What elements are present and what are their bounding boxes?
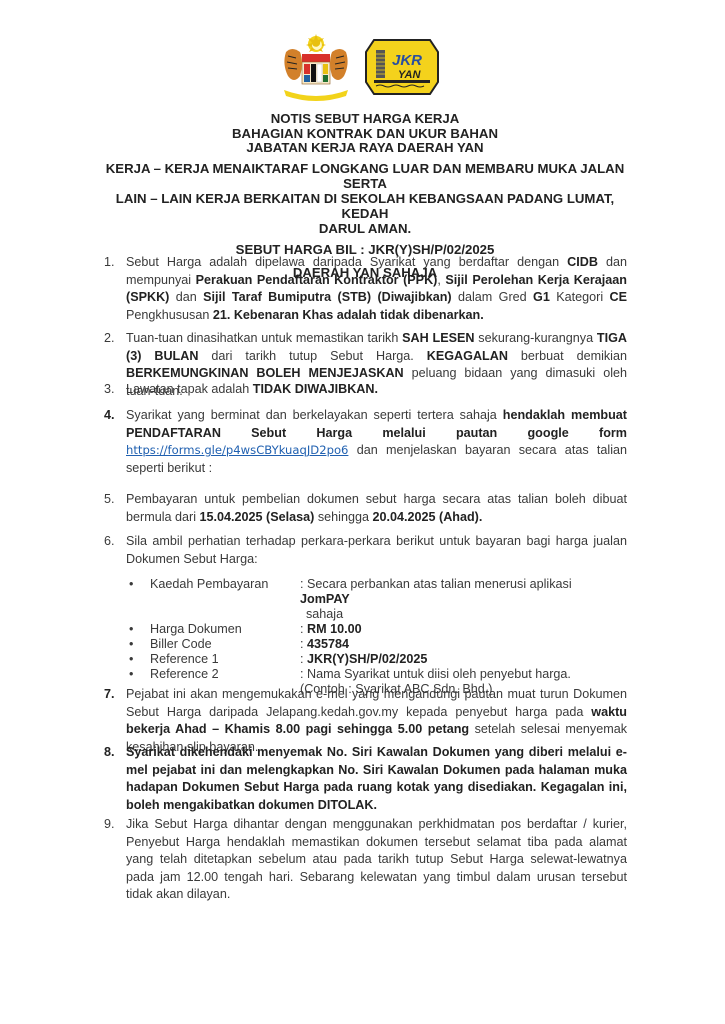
text: Kategori — [550, 290, 610, 304]
project-title: KERJA – KERJA MENAIKTARAF LONGKANG LUAR … — [100, 161, 630, 236]
jkr-yan-logo-icon: JKR YAN — [364, 38, 440, 96]
text: Sila ambil perhatian terhadap perkara-pe… — [126, 534, 627, 566]
list-item: 8. Syarikat dikehendaki menyemak No. Sir… — [104, 744, 627, 814]
list-item: 3. Lawatan tapak adalah TIDAK DIWAJIBKAN… — [104, 381, 627, 399]
list-item: 5. Pembayaran untuk pembelian dokumen se… — [104, 491, 627, 526]
bullet-icon: • — [129, 577, 133, 592]
project-title-line: LAIN – LAIN KERJA BERKAITAN DI SEKOLAH K… — [100, 191, 630, 221]
payment-label: Harga Dokumen — [150, 622, 300, 637]
text: Syarikat yang berminat dan berkelayakan … — [126, 408, 503, 422]
payment-label: Reference 1 — [150, 652, 300, 667]
bold-text: Perakuan Pendaftaran Kontraktor (PPK) — [196, 273, 438, 287]
bold-text: G1 — [533, 290, 550, 304]
text: dan — [169, 290, 203, 304]
bullet-icon: • — [129, 637, 133, 652]
bold-text: BERKEMUNGKINAN BOLEH MENJEJASKAN — [126, 366, 404, 380]
payment-value: : Secara perbankan atas talian menerusi … — [300, 577, 620, 622]
bold-text: SAH LESEN — [402, 331, 474, 345]
bold-text: Sijil Taraf Bumiputra (STB) (Diwajibkan) — [203, 290, 451, 304]
payment-label: Reference 2 — [150, 667, 300, 682]
text: Pengkhususan — [126, 308, 213, 322]
bold-text: 435784 — [307, 637, 349, 651]
bold-text: CIDB — [567, 255, 598, 269]
payment-row: • Kaedah Pembayaran: Secara perbankan at… — [126, 577, 626, 622]
payment-value: : JKR(Y)SH/P/02/2025 — [300, 652, 620, 667]
bullet-icon: • — [129, 667, 133, 682]
separator: : — [300, 667, 307, 681]
text: berbuat demikian — [508, 349, 627, 363]
logo-bar: JKR YAN — [0, 32, 725, 104]
text: sekurang-kurangnya — [475, 331, 597, 345]
payment-row: • Biller Code: 435784 — [126, 637, 626, 652]
item-number: 4. — [104, 407, 115, 425]
list-item: 6. Sila ambil perhatian terhadap perkara… — [104, 533, 627, 568]
bullet-icon: • — [129, 652, 133, 667]
bold-text: RM 10.00 — [307, 622, 362, 636]
item-number: 2. — [104, 330, 115, 348]
text: Pejabat ini akan mengemukakan e-mel yang… — [126, 687, 627, 719]
svg-text:YAN: YAN — [398, 69, 421, 81]
payment-row: • Harga Dokumen: RM 10.00 — [126, 622, 626, 637]
bold-text: 21. Kebenaran Khas adalah tidak dibenark… — [213, 308, 484, 322]
payment-label: Biller Code — [150, 637, 300, 652]
google-form-link[interactable]: https://forms.gle/p4wsCBYkuaqJD2po6 — [126, 443, 348, 457]
payment-details: • Kaedah Pembayaran: Secara perbankan at… — [126, 577, 626, 697]
bold-text: KEGAGALAN — [427, 349, 508, 363]
payment-value: : 435784 — [300, 637, 620, 652]
text: sahaja — [300, 607, 343, 621]
bold-text: Syarikat dikehendaki menyemak No. Siri K… — [126, 745, 627, 812]
bold-text: TIDAK DIWAJIBKAN. — [253, 382, 378, 396]
item-number: 6. — [104, 533, 115, 551]
svg-text:JKR: JKR — [392, 52, 422, 69]
project-title-line: DARUL AMAN. — [100, 221, 630, 236]
text: Secara perbankan atas talian menerusi ap… — [307, 577, 572, 591]
separator: : — [300, 577, 307, 591]
separator: : — [300, 652, 307, 666]
bold-text: JKR(Y)SH/P/02/2025 — [307, 652, 427, 666]
text: Tuan-tuan dinasihatkan untuk memastikan … — [126, 331, 402, 345]
item-number: 7. — [104, 686, 115, 704]
text: dari tarikh tutup Sebut Harga. — [198, 349, 426, 363]
division-name: BAHAGIAN KONTRAK DAN UKUR BAHAN — [100, 127, 630, 142]
item-number: 9. — [104, 816, 115, 834]
bold-text: 15.04.2025 (Selasa) — [200, 510, 315, 524]
separator: : — [300, 637, 307, 651]
bold-text: 20.04.2025 (Ahad). — [372, 510, 482, 524]
item-number: 3. — [104, 381, 115, 399]
item-number: 5. — [104, 491, 115, 509]
list-item: 9. Jika Sebut Harga dihantar dengan meng… — [104, 816, 627, 904]
department-name: JABATAN KERJA RAYA DAERAH YAN — [100, 141, 630, 156]
text: Jika Sebut Harga dihantar dengan menggun… — [126, 817, 627, 901]
bold-text: JomPAY — [300, 592, 350, 606]
payment-value: : RM 10.00 — [300, 622, 620, 637]
separator: : — [300, 622, 307, 636]
bullet-icon: • — [129, 622, 133, 637]
payment-label: Kaedah Pembayaran — [150, 577, 300, 592]
text: Nama Syarikat untuk diisi oleh penyebut … — [307, 667, 571, 681]
text: Lawatan tapak adalah — [126, 382, 253, 396]
item-number: 8. — [104, 744, 115, 762]
item-number: 1. — [104, 254, 115, 272]
text: dalam Gred — [452, 290, 533, 304]
text: Sebut Harga adalah dipelawa daripada Sya… — [126, 255, 567, 269]
list-item: 4. Syarikat yang berminat dan berkelayak… — [104, 407, 627, 477]
malaysia-coat-of-arms-icon — [276, 32, 356, 104]
bold-text: CE — [610, 290, 628, 304]
project-title-line: KERJA – KERJA MENAIKTARAF LONGKANG LUAR … — [100, 161, 630, 191]
payment-row: • Reference 1: JKR(Y)SH/P/02/2025 — [126, 652, 626, 667]
list-item: 1. Sebut Harga adalah dipelawa daripada … — [104, 254, 627, 324]
text: sehingga — [314, 510, 372, 524]
notice-title: NOTIS SEBUT HARGA KERJA — [100, 112, 630, 127]
